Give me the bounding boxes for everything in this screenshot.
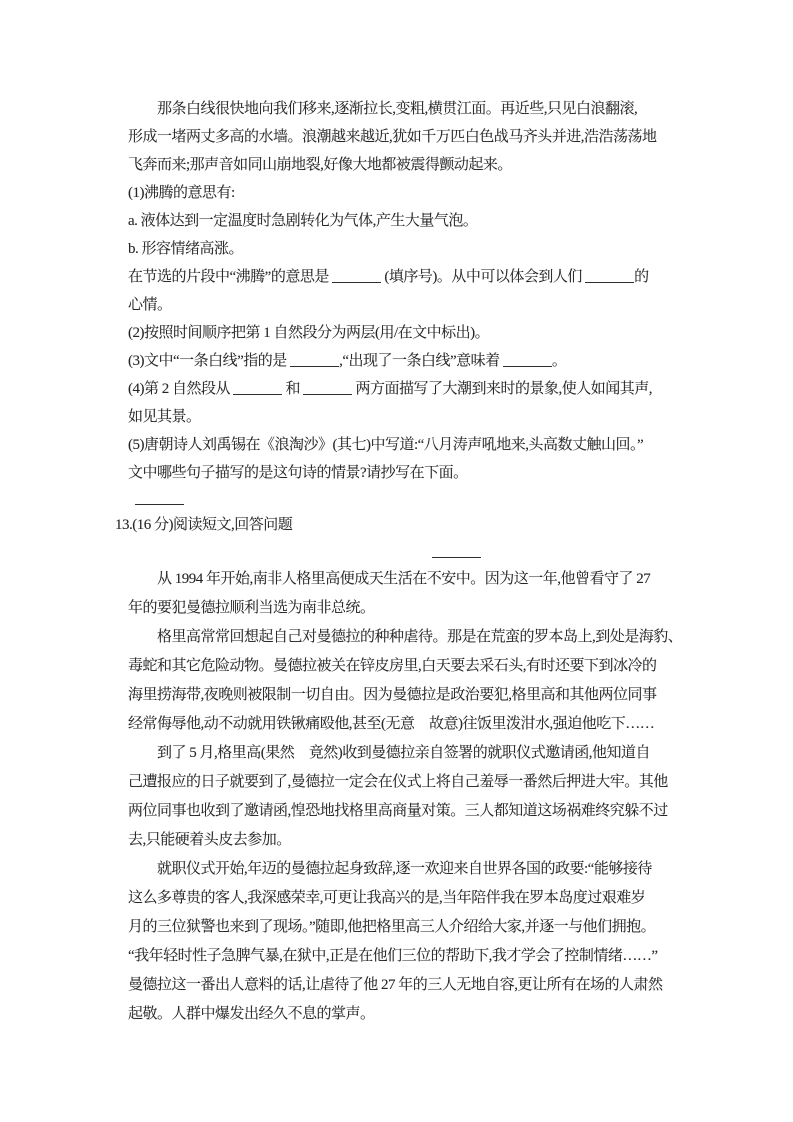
text-line: 心情。 [128,291,728,319]
fill-in-blank [332,270,381,283]
text-line: 在节选的片段中“沸腾”的意思是 (填序号)。从中可以体会到人们 的 [128,263,728,291]
text-line: 格里高常常回想起自己对曼德拉的种种虐待。那是在荒蛮的罗本岛上,到处是海豹、 [128,623,728,652]
q12-reading-passage: 那条白线很快地向我们移来,逐渐拉长,变粗,横贯江面。再近些,只见白浪翻滚,形成一… [128,95,728,179]
text-line: 海里捞海带,夜晚则被限制一切自由。因为曼德拉是政治要犯,格里高和其他两位同事 [128,681,728,710]
text-line: (2)按照时间顺序把第 1 自然段分为两层(用/在文中标出)。 [128,319,728,347]
text-line: 月的三位狱警也来到了现场。”随即,他把格里高三人介绍给大家,并逐一与他们拥抱。 [128,913,728,942]
text-line: 己遭报应的日子就要到了,曼德拉一定会在仪式上将自己羞辱一番然后押进大牢。其他 [128,768,728,797]
text-line: b. 形容情绪高涨。 [128,235,728,263]
text-line: (4)第 2 自然段从 和 两方面描写了大潮到来时的景象,使人如闻其声, [128,375,728,403]
text-line: 到了 5 月,格里高(果然 竟然)收到曼德拉亲自签署的就职仪式邀请函,他知道自 [128,739,728,768]
text-line: 飞奔而来;那声音如同山崩地裂,好像大地都被震得颤动起来。 [128,151,728,179]
text-line: 去,只能硬着头皮去参加。 [128,826,728,855]
fill-in-blank [303,382,352,395]
text-line [128,487,728,511]
text-line: 就职仪式开始,年迈的曼德拉起身致辞,逐一欢迎来自世界各国的政要:“能够接待 [128,855,728,884]
text-line: 曼德拉这一番出人意料的话,让虐待了他 27 年的三人无地自容,更让所有在场的人肃… [128,971,728,1000]
page-content: 那条白线很快地向我们移来,逐渐拉长,变粗,横贯江面。再近些,只见白浪翻滚,形成一… [0,0,728,1029]
fill-in-blank [135,492,184,505]
text-line: 起敬。人群中爆发出经久不息的掌声。 [128,1000,728,1029]
text-line: 毒蛇和其它危险动物。曼德拉被关在锌皮房里,白天要去采石头,有时还要下到冰冷的 [128,652,728,681]
text-line: 那条白线很快地向我们移来,逐渐拉长,变粗,横贯江面。再近些,只见白浪翻滚, [128,95,728,123]
text-line: (5)唐朝诗人刘禹锡在《浪淘沙》(其七)中写道:“八月涛声吼地来,头高数丈触山回… [128,431,728,459]
fill-in-blank [290,354,339,367]
fill-in-blank [233,382,282,395]
text-line: (1)沸腾的意思有: [128,179,728,207]
fill-in-blank [432,545,481,558]
text-line: 两位同事也收到了邀请函,惶恐地找格里高商量对策。三人都知道这场祸难终究躲不过 [128,797,728,826]
text-line: (3)文中“一条白线”指的是 ,“出现了一条白线”意味着 。 [128,347,728,375]
text-line: 经常侮辱他,动不动就用铁锹痛殴他,甚至(无意 故意)往饭里泼泔水,强迫他吃下…… [128,710,728,739]
text-line: a. 液体达到一定温度时急剧转化为气体,产生大量气泡。 [128,207,728,235]
text-line [156,539,756,565]
text-line: 形成一堵两丈多高的水墙。浪潮越来越近,犹如千万匹白色战马齐头并进,浩浩荡荡地 [128,123,728,151]
q12-answer-blank-line [128,487,728,511]
text-line: 如见其景。 [128,403,728,431]
fill-in-blank [503,354,552,367]
text-line: 文中哪些句子描写的是这句诗的情景?请抄写在下面。 [128,459,728,487]
text-line: 年的要犯曼德拉顺利当选为南非总统。 [128,594,728,623]
q13-reading-passage: 从 1994 年开始,南非人格里高便成天生活在不安中。因为这一年,他曾看守了 2… [128,565,728,1029]
text-line: “我年轻时性子急脾气暴,在狱中,正是在他们三位的帮助下,我才学会了控制情绪……” [128,942,728,971]
q12-question-list: (1)沸腾的意思有:a. 液体达到一定温度时急剧转化为气体,产生大量气泡。b. … [128,179,728,487]
text-line: 这么多尊贵的客人,我深感荣幸,可更让我高兴的是,当年陪伴我在罗本岛度过艰难岁 [128,884,728,913]
fill-in-blank [585,270,634,283]
q13-passage-title-blank [128,539,728,565]
text-line: 13.(16 分)阅读短文,回答问题 [115,511,728,539]
document-page: 那条白线很快地向我们移来,逐渐拉长,变粗,横贯江面。再近些,只见白浪翻滚,形成一… [0,0,793,1122]
text-line: 从 1994 年开始,南非人格里高便成天生活在不安中。因为这一年,他曾看守了 2… [128,565,728,594]
question-13-header: 13.(16 分)阅读短文,回答问题 [115,511,728,539]
